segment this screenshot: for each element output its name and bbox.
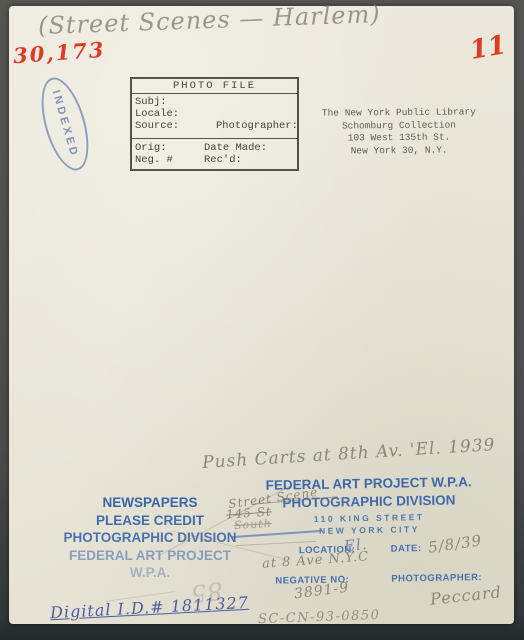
field-subj: Subj: (135, 96, 167, 108)
credit-stamp-line: PHOTOGRAPHIC DIVISION (50, 529, 250, 547)
handwritten-note-south-struck: South (234, 517, 272, 532)
photo-file-header: PHOTO FILE (132, 79, 297, 94)
library-stamp-line: The New York Public Library (316, 106, 482, 120)
field-neg-no: Neg. # (135, 154, 173, 166)
indexed-stamp-label: INDEXED (50, 89, 81, 160)
date-label: DATE: (391, 543, 422, 555)
field-recd: Rec'd: (204, 154, 242, 166)
credit-stamp-line: PLEASE CREDIT (50, 512, 250, 530)
credit-stamp-line: NEWSPAPERS (50, 494, 250, 512)
library-stamp-line: New York 30, N.Y. (316, 144, 482, 158)
photo-file-box: PHOTO FILE Subj: Locale: Source: Photogr… (130, 77, 299, 171)
photo-file-divider (132, 138, 297, 139)
page-number: 11 (468, 30, 509, 66)
credit-stamp-line: FEDERAL ART PROJECT (50, 547, 250, 565)
project-stamp: FEDERAL ART PROJECT W.P.A. PHOTOGRAPHIC … (254, 474, 485, 537)
photographer-label: PHOTOGRAPHER: (391, 572, 482, 585)
field-photographer: Photographer: (216, 120, 298, 132)
field-locale: Locale: (135, 108, 179, 120)
field-orig: Orig: (135, 142, 167, 154)
field-source: Source: (135, 120, 179, 132)
credit-stamp: NEWSPAPERS PLEASE CREDIT PHOTOGRAPHIC DI… (50, 494, 250, 582)
scanned-photo-verso: (Street Scenes — Harlem) 30,173 11 INDEX… (0, 0, 524, 640)
field-date-made: Date Made: (204, 142, 267, 154)
library-stamp: The New York Public Library Schomburg Co… (316, 106, 482, 157)
archive-code: SC-CN-93-0850 (258, 608, 381, 627)
